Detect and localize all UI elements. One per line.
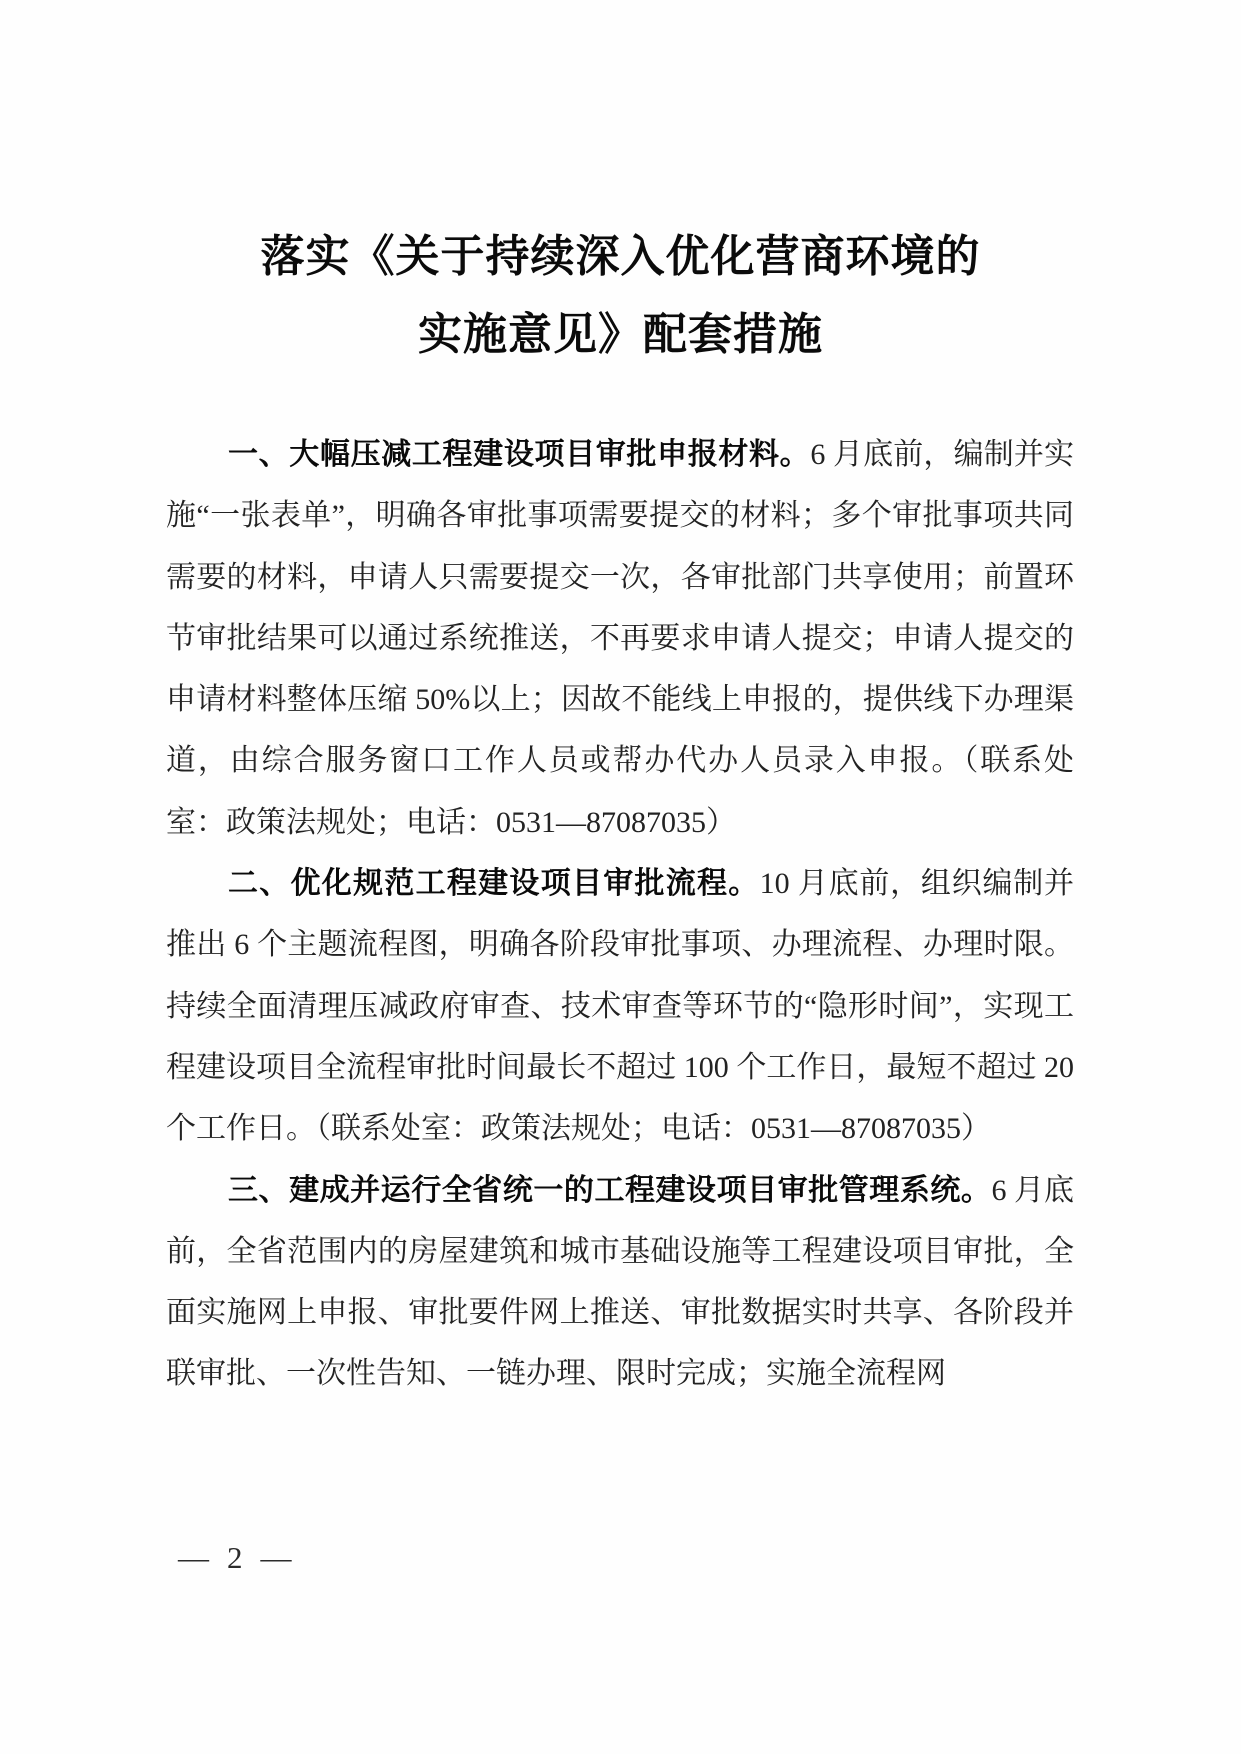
paragraph-2: 二、优化规范工程建设项目审批流程。10 月底前，组织编制并推出 6 个主题流程图… bbox=[166, 853, 1074, 1159]
document-page: 落实《关于持续深入优化营商环境的 实施意见》配套措施 一、大幅压减工程建设项目审… bbox=[0, 0, 1241, 1754]
document-body: 一、大幅压减工程建设项目审批申报材料。6 月底前，编制并实施“一张表单”，明确各… bbox=[166, 424, 1074, 1405]
document-title: 落实《关于持续深入优化营商环境的 实施意见》配套措施 bbox=[0, 218, 1241, 374]
page-footer: —2— bbox=[178, 1541, 292, 1575]
paragraph-1-text: 6 月底前，编制并实施“一张表单”，明确各审批事项需要提交的材料；多个审批事项共… bbox=[166, 438, 1074, 839]
paragraph-3-heading: 三、建成并运行全省统一的工程建设项目审批管理系统。 bbox=[228, 1174, 991, 1207]
paragraph-2-heading: 二、优化规范工程建设项目审批流程。 bbox=[228, 867, 760, 900]
paragraph-2-text: 10 月底前，组织编制并推出 6 个主题流程图，明确各阶段审批事项、办理流程、办… bbox=[166, 867, 1074, 1145]
title-line-1: 落实《关于持续深入优化营商环境的 bbox=[0, 218, 1241, 296]
paragraph-3: 三、建成并运行全省统一的工程建设项目审批管理系统。6 月底前，全省范围内的房屋建… bbox=[166, 1160, 1074, 1405]
title-line-2: 实施意见》配套措施 bbox=[0, 296, 1241, 374]
paragraph-1-heading: 一、大幅压减工程建设项目审批申报材料。 bbox=[228, 438, 810, 471]
paragraph-1: 一、大幅压减工程建设项目审批申报材料。6 月底前，编制并实施“一张表单”，明确各… bbox=[166, 424, 1074, 853]
footer-right-dash: — bbox=[261, 1541, 292, 1575]
footer-left-dash: — bbox=[178, 1541, 209, 1575]
page-number: 2 bbox=[227, 1541, 243, 1575]
